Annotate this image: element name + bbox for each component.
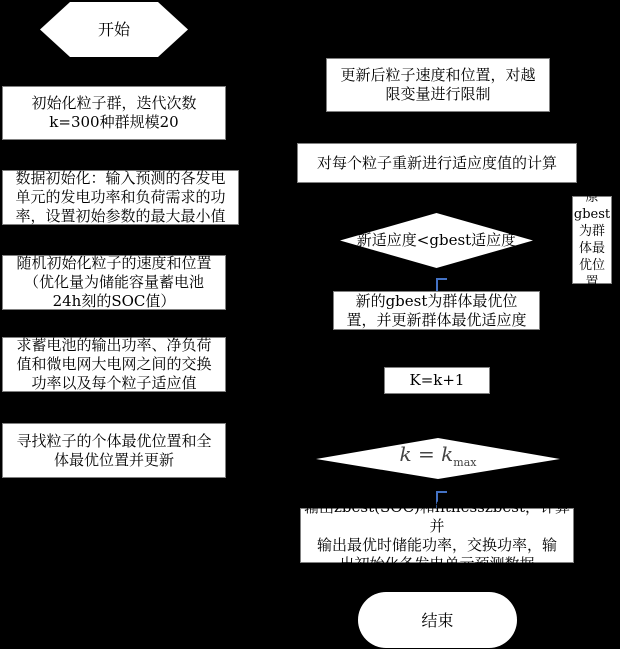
start-node: 开始 [40, 2, 188, 57]
init-swarm-box: 初始化粒子群，迭代次数 k=300种群规模20 [2, 86, 226, 140]
keep-gbest-line-1: 原 [574, 189, 610, 206]
calc-fitness-line-3: 功率以及每个粒子适应值 [16, 374, 211, 393]
keep-gbest-box: 原 gbest 为群 体最 优位 置 [572, 196, 612, 284]
data-init-box: 数据初始化：输入预测的各发电 单元的发电功率和负荷需求的功 率，设置初始参数的最… [2, 170, 239, 225]
update-gbest-line-1: 新的gbest为群体最优位 [346, 292, 526, 311]
increment-k-label: K=k+1 [410, 371, 465, 390]
update-particles-box: 更新后粒子速度和位置，对越 限变量进行限制 [326, 58, 550, 112]
update-gbest-line-2: 置，并更新群体最优适应度 [346, 311, 526, 330]
calc-fitness-line-2: 值和微电网大电网之间的交换 [16, 355, 211, 374]
data-init-line-2: 单元的发电功率和负荷需求的功 [15, 188, 225, 207]
formula-sub: max [453, 456, 476, 469]
init-swarm-line-2: k=300种群规模20 [31, 113, 196, 132]
end-node: 结束 [358, 592, 517, 648]
formula-op: = [418, 442, 435, 466]
calc-fitness-line-1: 求蓄电池的输出功率、净负荷 [16, 336, 211, 355]
connector-line [436, 278, 448, 292]
random-init-line-1: 随机初始化粒子的速度和位置 [16, 254, 211, 273]
keep-gbest-line-4: 体最 [574, 240, 610, 257]
random-init-line-3: 24h刻的SOC值） [16, 292, 211, 311]
random-init-box: 随机初始化粒子的速度和位置 （优化量为储能容量蓄电池 24h刻的SOC值） [2, 255, 226, 310]
keep-gbest-line-2: gbest [574, 206, 610, 223]
output-box: 输出zbest(SOC)和fitnesszbest，计算并 输出最优时储能功率，… [300, 508, 574, 563]
end-label: 结束 [421, 611, 453, 630]
keep-gbest-line-3: 为群 [574, 223, 610, 240]
increment-k-box: K=k+1 [384, 367, 490, 394]
recalc-fitness-box: 对每个粒子重新进行适应度值的计算 [297, 143, 577, 183]
decision-kmax-formula: k = kmax [316, 438, 560, 479]
decision-gbest: 新适应度<gbest适应度 [340, 213, 533, 268]
output-line-1: 输出zbest(SOC)和fitnesszbest，计算并 [301, 498, 573, 536]
init-swarm-line-1: 初始化粒子群，迭代次数 [31, 94, 196, 113]
keep-gbest-line-5: 优位 [574, 257, 610, 274]
find-best-line-1: 寻找粒子的个体最优位置和全 [16, 432, 211, 451]
decision-kmax: k = kmax [316, 438, 560, 479]
find-best-line-2: 体最优位置并更新 [16, 451, 211, 470]
data-init-line-3: 率，设置初始参数的最大最小值 [15, 207, 225, 226]
keep-gbest-line-6: 置 [574, 274, 610, 291]
calc-fitness-box: 求蓄电池的输出功率、净负荷 值和微电网大电网之间的交换 功率以及每个粒子适应值 [2, 337, 226, 392]
update-particles-line-2: 限变量进行限制 [340, 85, 535, 104]
formula-rhs: k [441, 442, 453, 466]
formula-lhs: k [400, 442, 412, 466]
update-gbest-box: 新的gbest为群体最优位 置，并更新群体最优适应度 [333, 291, 540, 330]
update-particles-line-1: 更新后粒子速度和位置，对越 [340, 66, 535, 85]
output-line-3: 出初始化各发电单元预测数据 [301, 555, 573, 574]
data-init-line-1: 数据初始化：输入预测的各发电 [15, 169, 225, 188]
output-line-2: 输出最优时储能功率，交换功率，输 [301, 536, 573, 555]
recalc-fitness-line-1: 对每个粒子重新进行适应度值的计算 [317, 154, 557, 173]
decision-gbest-label: 新适应度<gbest适应度 [340, 213, 533, 268]
start-label: 开始 [40, 2, 188, 57]
find-best-box: 寻找粒子的个体最优位置和全 体最优位置并更新 [2, 423, 226, 478]
random-init-line-2: （优化量为储能容量蓄电池 [16, 273, 211, 292]
